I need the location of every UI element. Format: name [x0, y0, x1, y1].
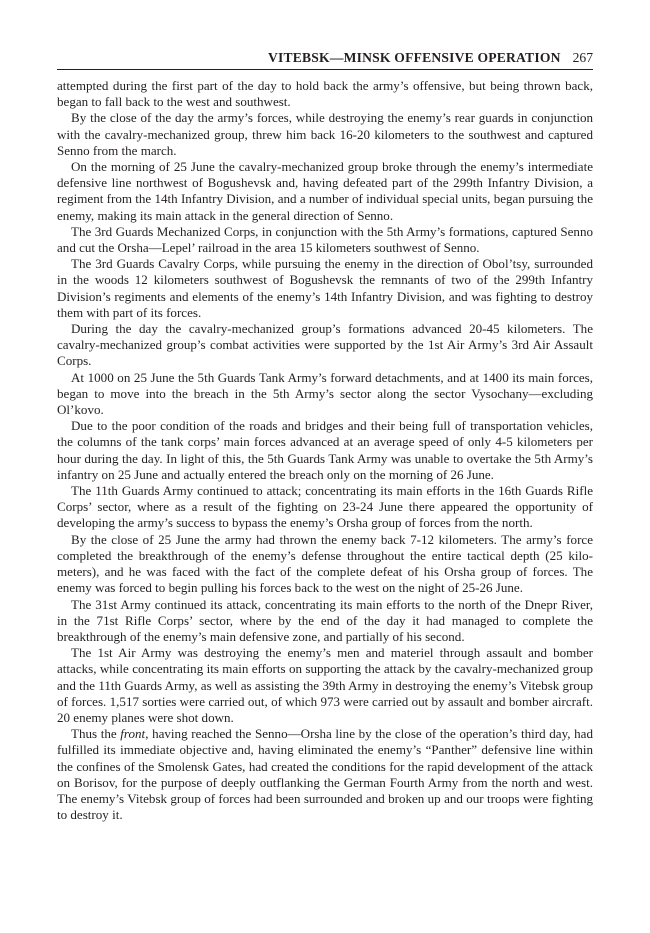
paragraph: Due to the poor condition of the roads a…	[57, 418, 593, 483]
paragraph: attempted during the first part of the d…	[57, 78, 593, 110]
paragraph-text: Thus the	[71, 726, 120, 741]
paragraph: By the close of 25 June the army had thr…	[57, 532, 593, 597]
paragraph: The 11th Guards Army continued to attack…	[57, 483, 593, 532]
paragraph: The 31st Army continued its attack, conc…	[57, 597, 593, 646]
paragraph: By the close of the day the army’s force…	[57, 110, 593, 159]
paragraph: The 3rd Guards Cavalry Corps, while purs…	[57, 256, 593, 321]
running-head: VITEBSK—MINSK OFFENSIVE OPERATION267	[57, 49, 593, 70]
page-number: 267	[573, 49, 593, 67]
paragraph: The 1st Air Army was destroying the enem…	[57, 645, 593, 726]
running-head-title: VITEBSK—MINSK OFFENSIVE OPERATION	[268, 50, 561, 65]
paragraph: On the morning of 25 June the cavalry-me…	[57, 159, 593, 224]
body-text: attempted during the first part of the d…	[57, 78, 593, 823]
italic-term-front: front	[120, 726, 145, 741]
paragraph: At 1000 on 25 June the 5th Guards Tank A…	[57, 370, 593, 419]
paragraph: Thus the front, having reached the Senno…	[57, 726, 593, 823]
paragraph: During the day the cavalry-mechanized gr…	[57, 321, 593, 370]
paragraph: The 3rd Guards Mechanized Corps, in conj…	[57, 224, 593, 256]
